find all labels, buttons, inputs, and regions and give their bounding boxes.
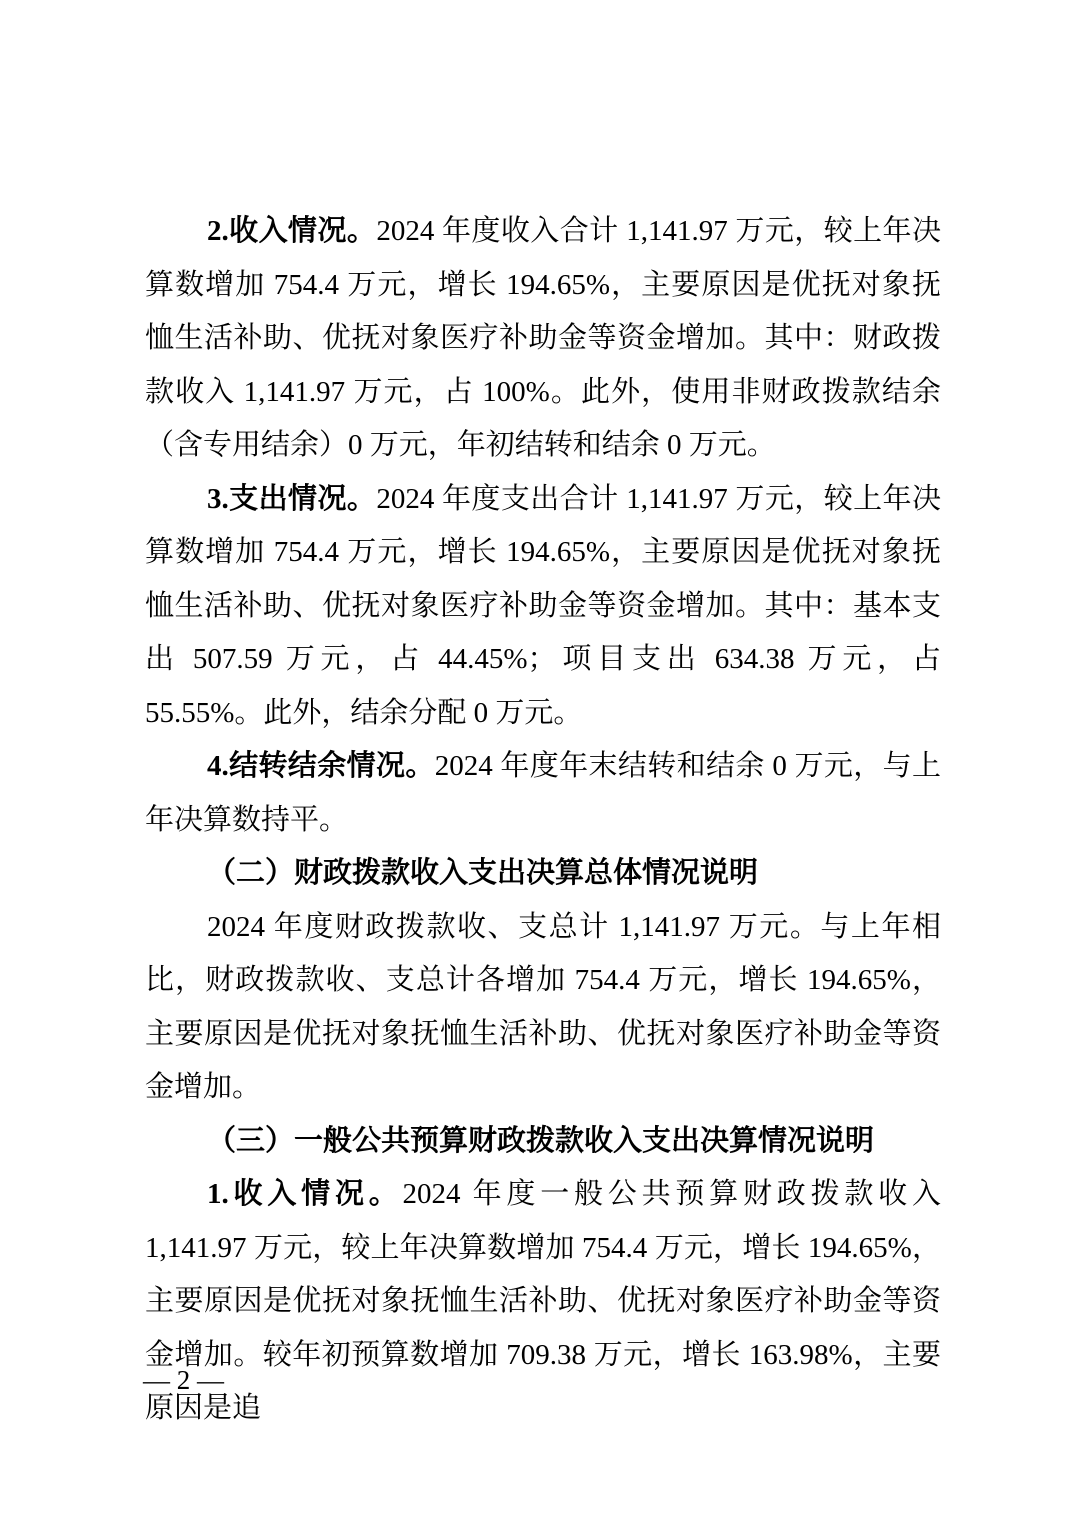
section-heading-general-public-budget-text: （三）一般公共预算财政拨款收入支出决算情况说明 bbox=[207, 1125, 874, 1157]
paragraph-expenditure-overview: 3.支出情况。2024 年度支出合计 1,141.97 万元，较上年决算数增加 … bbox=[145, 473, 941, 741]
paragraph-text-income: 2024 年度收入合计 1,141.97 万元，较上年决算数增加 754.4 万… bbox=[145, 215, 941, 461]
page-number: — 2 — bbox=[143, 1360, 224, 1400]
paragraph-lead-carryover: 4.结转结余情况。 bbox=[207, 750, 435, 782]
document-page: 2.收入情况。2024 年度收入合计 1,141.97 万元，较上年决算数增加 … bbox=[0, 0, 1074, 1520]
paragraph-income-overview: 2.收入情况。2024 年度收入合计 1,141.97 万元，较上年决算数增加 … bbox=[145, 205, 941, 473]
paragraph-general-budget-income: 1.收入情况。2024 年度一般公共预算财政拨款收入 1,141.97 万元，较… bbox=[145, 1168, 941, 1436]
paragraph-lead-income: 2.收入情况。 bbox=[207, 215, 376, 247]
paragraph-lead-general-income: 1.收入情况。 bbox=[207, 1178, 403, 1210]
body-text: 2.收入情况。2024 年度收入合计 1,141.97 万元，较上年决算数增加 … bbox=[145, 205, 941, 1436]
section-heading-fiscal-appropriation-text: （二）财政拨款收入支出决算总体情况说明 bbox=[207, 857, 758, 889]
paragraph-text-general-income: 2024 年度一般公共预算财政拨款收入 1,141.97 万元，较上年决算数增加… bbox=[145, 1178, 941, 1424]
section-heading-general-public-budget: （三）一般公共预算财政拨款收入支出决算情况说明 bbox=[145, 1115, 941, 1169]
section-heading-fiscal-appropriation: （二）财政拨款收入支出决算总体情况说明 bbox=[145, 847, 941, 901]
paragraph-carryover-overview: 4.结转结余情况。2024 年度年末结转和结余 0 万元，与上年决算数持平。 bbox=[145, 740, 941, 847]
paragraph-text-expenditure: 2024 年度支出合计 1,141.97 万元，较上年决算数增加 754.4 万… bbox=[145, 483, 941, 729]
paragraph-fiscal-appropriation-total: 2024 年度财政拨款收、支总计 1,141.97 万元。与上年相比，财政拨款收… bbox=[145, 901, 941, 1115]
paragraph-lead-expenditure: 3.支出情况。 bbox=[207, 483, 376, 515]
paragraph-text-fiscal-total: 2024 年度财政拨款收、支总计 1,141.97 万元。与上年相比，财政拨款收… bbox=[145, 911, 941, 1104]
